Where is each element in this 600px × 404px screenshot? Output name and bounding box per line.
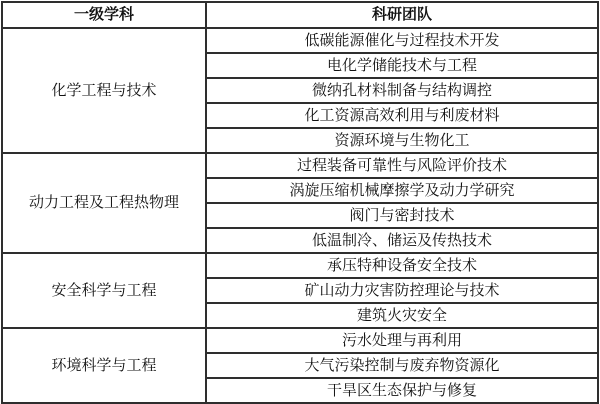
team-cell: 污水处理与再利用 (206, 328, 598, 353)
discipline-cell: 环境科学与工程 (2, 328, 206, 403)
table-row: 化学工程与技术 低碳能源催化与过程技术开发 (2, 28, 598, 53)
header-team: 科研团队 (206, 2, 598, 28)
team-cell: 承压特种设备安全技术 (206, 253, 598, 278)
table-row: 动力工程及工程热物理 过程装备可靠性与风险评价技术 (2, 153, 598, 178)
team-cell: 化工资源高效利用与利废材料 (206, 103, 598, 128)
discipline-cell: 安全科学与工程 (2, 253, 206, 328)
page: 一级学科 科研团队 化学工程与技术 低碳能源催化与过程技术开发 电化学储能技术与… (0, 0, 600, 378)
discipline-cell: 动力工程及工程热物理 (2, 153, 206, 253)
team-cell: 矿山动力灾害防控理论与技术 (206, 278, 598, 303)
team-cell: 阀门与密封技术 (206, 203, 598, 228)
discipline-team-table: 一级学科 科研团队 化学工程与技术 低碳能源催化与过程技术开发 电化学储能技术与… (1, 1, 599, 404)
team-cell: 大气污染控制与废弃物资源化 (206, 353, 598, 378)
team-cell: 低温制冷、储运及传热技术 (206, 228, 598, 253)
header-discipline: 一级学科 (2, 2, 206, 28)
team-cell: 微纳孔材料制备与结构调控 (206, 78, 598, 103)
team-cell: 过程装备可靠性与风险评价技术 (206, 153, 598, 178)
discipline-cell: 化学工程与技术 (2, 28, 206, 153)
header-row: 一级学科 科研团队 (2, 2, 598, 28)
team-cell: 电化学储能技术与工程 (206, 53, 598, 78)
team-cell: 建筑火灾安全 (206, 303, 598, 328)
team-cell: 涡旋压缩机械摩擦学及动力学研究 (206, 178, 598, 203)
team-cell: 干旱区生态保护与修复 (206, 378, 598, 403)
table-row: 安全科学与工程 承压特种设备安全技术 (2, 253, 598, 278)
team-cell: 低碳能源催化与过程技术开发 (206, 28, 598, 53)
team-cell: 资源环境与生物化工 (206, 128, 598, 153)
table-row: 环境科学与工程 污水处理与再利用 (2, 328, 598, 353)
